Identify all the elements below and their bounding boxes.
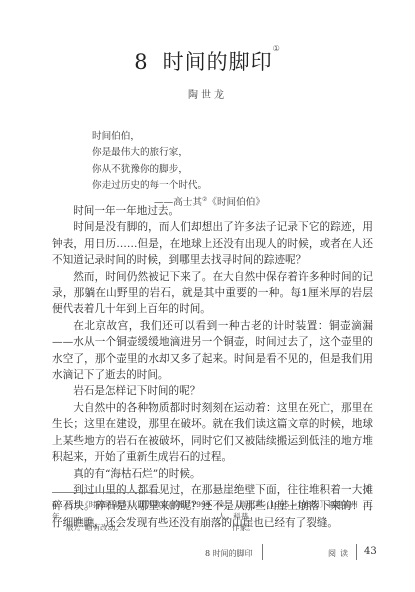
footnote-text: 〔高士其（1905—1988）〕福建福州人。科普 bbox=[218, 500, 358, 521]
author-name: 陶世龙 bbox=[0, 86, 415, 101]
lesson-title-text: 时间的脚印 bbox=[163, 50, 273, 74]
footer-divider bbox=[262, 544, 263, 560]
paragraph: 真的有“海枯石烂”的时候。 bbox=[52, 466, 373, 482]
lesson-number: 8 bbox=[134, 50, 148, 74]
footnote-text-cont: 作家。 bbox=[218, 522, 373, 534]
section-label: 阅读 bbox=[328, 548, 352, 559]
poem-line: 你走过历史的每一个时代。 bbox=[92, 178, 207, 194]
lesson-title: 8时间的脚印① bbox=[0, 46, 415, 76]
footer-divider bbox=[356, 544, 357, 560]
poem-line: 时间伯伯， bbox=[92, 129, 207, 145]
poem-line: 你从不犹豫你的脚步， bbox=[92, 162, 207, 178]
paragraph: 时间是没有脚的，而人们却想出了许多法子记录下它的踪迹，用钟表，用日历……但是，在… bbox=[52, 219, 373, 268]
epigraph-poem: 时间伯伯， 你是最伟大的旅行家， 你从不犹豫你的脚步， 你走过历史的每一个时代。 bbox=[92, 129, 207, 194]
paragraph: 在北京故宫，我们还可以看到一种古老的计时装置：铜壶滴漏——水从一个铜壶缓缓地滴进… bbox=[52, 318, 373, 384]
footnote-mark: ② bbox=[218, 499, 232, 511]
footnote-text: 选自《时间的脚印》（江苏教育出版社1999年 bbox=[52, 500, 211, 521]
footnote-2: ②〔高士其（1905—1988）〕福建福州人。科普 作家。 bbox=[218, 499, 373, 534]
paragraph: 时间一年一年地过去。 bbox=[52, 203, 373, 219]
paragraph: 岩石是怎样记下时间的呢？ bbox=[52, 383, 373, 399]
footnote-1: ①选自《时间的脚印》（江苏教育出版社1999年 版）。略有改动。 bbox=[52, 499, 212, 534]
article-body: 时间一年一年地过去。 时间是没有脚的，而人们却想出了许多法子记录下它的踪迹，用钟… bbox=[52, 203, 373, 531]
paragraph: 然而，时间仍然被记下来了。在大自然中保存着许多种时间的记录，那躺在山野里的岩石，… bbox=[52, 269, 373, 318]
poem-line: 你是最伟大的旅行家， bbox=[92, 145, 207, 161]
title-footnote-mark: ① bbox=[273, 44, 281, 53]
paragraph: 大自然中的各种物质都时时刻刻在运动着：这里在死亡，那里在生长；这里在建设，那里在… bbox=[52, 400, 373, 466]
running-title: 8 时间的脚印 bbox=[205, 548, 253, 559]
page-number: 43 bbox=[364, 546, 377, 557]
footnote-text-cont: 版）。略有改动。 bbox=[52, 522, 212, 534]
footnote-mark: ① bbox=[52, 499, 66, 511]
footnote-divider bbox=[52, 492, 160, 493]
